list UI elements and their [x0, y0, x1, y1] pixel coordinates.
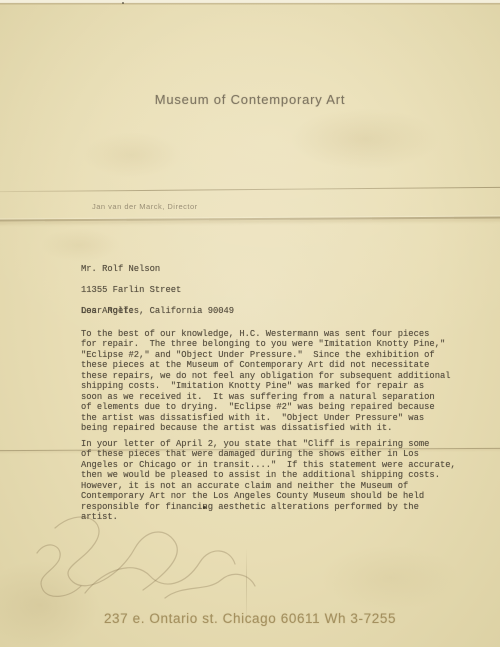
letterhead-director-line: Jan van der Marck, Director	[92, 202, 198, 211]
recipient-street: 11355 Farlin Street	[81, 285, 181, 295]
letter-paragraph-1: To the best of our knowledge, H.C. Weste…	[81, 329, 451, 434]
dust-speck	[122, 2, 124, 4]
letter-paragraph-2: In your letter of April 2, you state tha…	[81, 439, 456, 523]
ink-dot	[203, 506, 206, 509]
letterhead-footer-address: 237 e. Ontario st. Chicago 60611 Wh 3-72…	[0, 611, 500, 626]
salutation: Dear Rolf:	[81, 306, 134, 316]
recipient-name: Mr. Rolf Nelson	[81, 264, 160, 274]
scanned-letter: { "letterhead": { "organization": "Museu…	[0, 0, 500, 647]
paper-top-edge	[0, 0, 500, 5]
letterhead-organization: Museum of Contemporary Art	[0, 92, 500, 107]
